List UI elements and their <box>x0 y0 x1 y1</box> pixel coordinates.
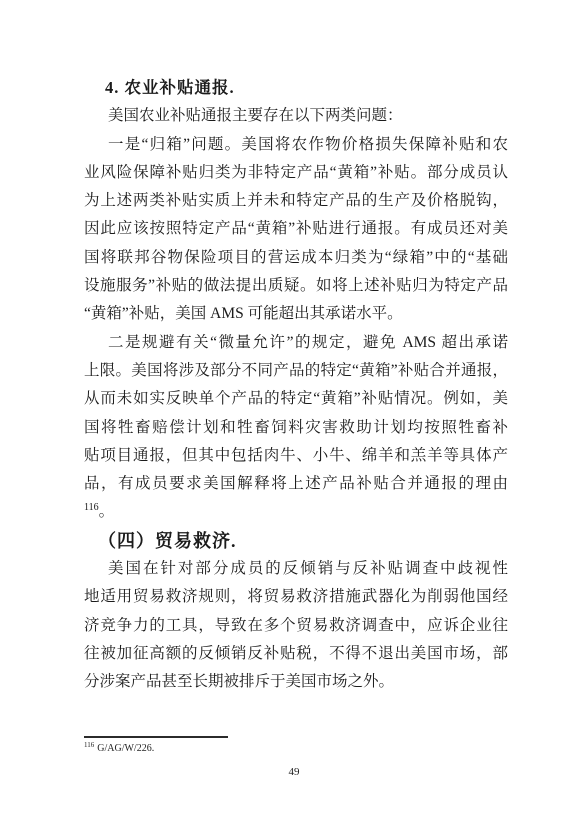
text-line: 品，有成员要求美国解释将上述产品补贴合并通报的理由 <box>84 470 508 498</box>
text-line: 为上述两类补贴实质上并未和特定产品的生产及价格脱钩， <box>84 187 508 215</box>
footnote-ref: 116 <box>84 741 94 749</box>
text-line: 4. 农业补贴通报. <box>84 74 508 102</box>
footnote: 116G/AG/W/226. <box>84 743 508 755</box>
text-line: 美国农业补贴通报主要存在以下两类问题： <box>84 102 508 130</box>
text-line: 二是规避有关“微量允许”的规定，避免 AMS 超出承诺 <box>84 329 508 357</box>
text-line: 上限。美国将涉及部分不同产品的特定“黄箱”补贴合并通报， <box>84 357 508 385</box>
paragraph-issue-one-box-classification: 一是“归箱”问题。美国将农作物价格损失保障补贴和农业风险保障补贴归类为非特定产品… <box>84 131 508 329</box>
text-line: 地适用贸易救济规则，将贸易救济措施武器化为削弱他国经 <box>84 583 508 611</box>
text-line: 116。 <box>84 498 508 526</box>
footnote-separator <box>84 736 228 738</box>
text-line: （四）贸易救济. <box>84 527 508 555</box>
footnote-text: G/AG/W/226. <box>97 743 154 754</box>
footnote-ref: 116 <box>84 502 99 513</box>
text-line: 一是“归箱”问题。美国将农作物价格损失保障补贴和农 <box>84 131 508 159</box>
page-number: 49 <box>0 766 588 778</box>
paragraph-intro: 美国农业补贴通报主要存在以下两类问题： <box>84 102 508 130</box>
document-page: 4. 农业补贴通报.美国农业补贴通报主要存在以下两类问题：一是“归箱”问题。美国… <box>0 0 588 835</box>
document-body: 4. 农业补贴通报.美国农业补贴通报主要存在以下两类问题：一是“归箱”问题。美国… <box>84 74 508 697</box>
footnote-area: 116G/AG/W/226. <box>84 736 508 755</box>
heading-agricultural-subsidy-notification: 4. 农业补贴通报. <box>84 74 508 102</box>
paragraph-issue-two-de-minimis: 二是规避有关“微量允许”的规定，避免 AMS 超出承诺上限。美国将涉及部分不同产… <box>84 329 508 527</box>
text-line: 美国在针对部分成员的反倾销与反补贴调查中歧视性 <box>84 555 508 583</box>
text-line: 贴项目通报，但其中包括肉牛、小牛、绵羊和羔羊等具体产 <box>84 442 508 470</box>
text-line: “黄箱”补贴，美国 AMS 可能超出其承诺水平。 <box>84 300 508 328</box>
paragraph-trade-remedy: 美国在针对部分成员的反倾销与反补贴调查中歧视性地适用贸易救济规则，将贸易救济措施… <box>84 555 508 696</box>
text-line: 业风险保障补贴归类为非特定产品“黄箱”补贴。部分成员认 <box>84 159 508 187</box>
text-line: 分涉案产品甚至长期被排斥于美国市场之外。 <box>84 668 508 696</box>
text-line: 从而未如实反映单个产品的特定“黄箱”补贴情况。例如，美 <box>84 385 508 413</box>
text-line: 因此应该按照特定产品“黄箱”补贴进行通报。有成员还对美 <box>84 215 508 243</box>
text-line: 设施服务”补贴的做法提出质疑。如将上述补贴归为特定产品 <box>84 272 508 300</box>
text-line: 国将牲畜赔偿计划和牲畜饲料灾害救助计划均按照牲畜补 <box>84 414 508 442</box>
text-line: 往被加征高额的反倾销反补贴税，不得不退出美国市场，部 <box>84 640 508 668</box>
text-line: 济竞争力的工具，导致在多个贸易救济调查中，应诉企业往 <box>84 612 508 640</box>
text-line: 国将联邦谷物保险项目的营运成本归类为“绿箱”中的“基础 <box>84 244 508 272</box>
heading-trade-remedy: （四）贸易救济. <box>84 527 508 555</box>
